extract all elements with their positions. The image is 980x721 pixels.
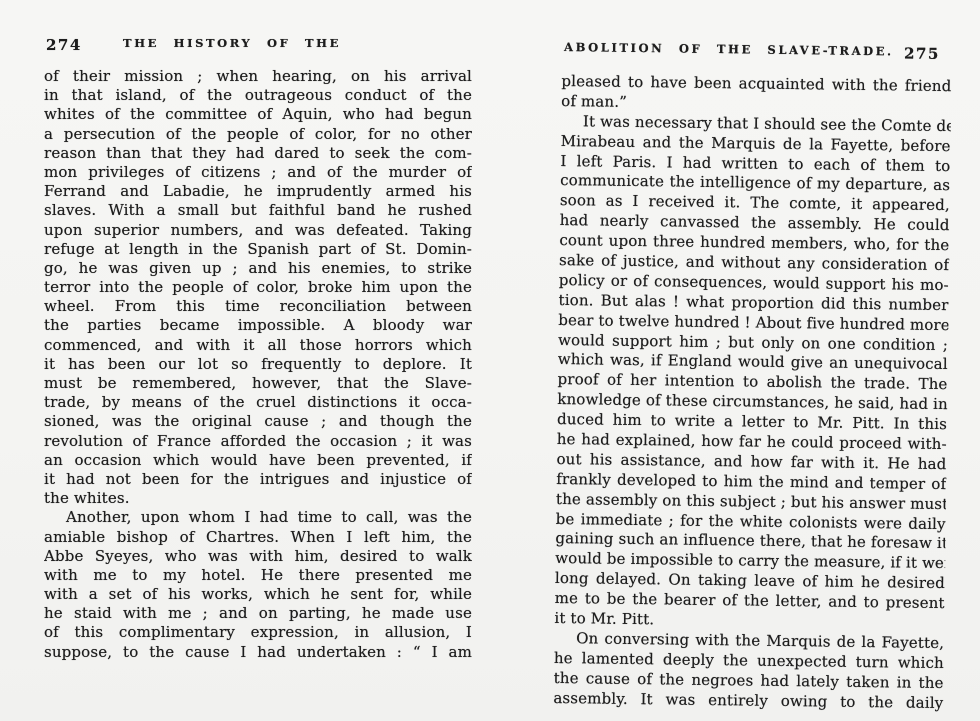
text-line: sioned, was the original cause ; and tho…: [44, 412, 472, 431]
text-line: Another, upon whom I had time to call, w…: [44, 508, 472, 527]
right-page-header: ABOLITION OF THE SLAVE-TRADE. 275: [562, 40, 952, 63]
paragraph: pleased to have been acquainted with the…: [561, 72, 951, 117]
text-line: it had not been for the intrigues and in…: [44, 470, 472, 489]
text-line: wheel. From this time reconciliation bet…: [44, 297, 472, 316]
page-number: 275: [904, 44, 940, 62]
text-line: slaves. With a small but faithful band h…: [44, 201, 472, 220]
text-line: whites of the committee of Aquin, who ha…: [44, 105, 472, 124]
text-line: reason than that they had dared to seek …: [44, 144, 472, 163]
text-line: Abbe Syeyes, who was with him, desired t…: [44, 547, 472, 566]
left-page: 274 THE HISTORY OF THE of their mission …: [44, 36, 472, 662]
text-line: amiable bishop of Chartres. When I left …: [44, 528, 472, 547]
paragraph: On conversing with the Marquis de la Fay…: [553, 629, 944, 714]
text-line: mon privileges of citizens ; and of the …: [44, 163, 472, 182]
left-page-header: 274 THE HISTORY OF THE: [44, 36, 472, 54]
text-line: a persecution of the people of color, fo…: [44, 125, 472, 144]
text-line: with me to my hotel. He there presented …: [44, 566, 472, 585]
page-number: 274: [46, 36, 82, 54]
left-page-body: of their mission ; when hearing, on his …: [44, 67, 472, 662]
text-line: with a set of his works, which he sent f…: [44, 585, 472, 604]
text-line: the whites.: [44, 489, 472, 508]
text-line: trade, by means of the cruel distinction…: [44, 393, 472, 412]
text-line: it has been our lot so frequently to dep…: [44, 355, 472, 374]
text-line: must be remembered, however, that the Sl…: [44, 374, 472, 393]
text-line: the parties became impossible. A bloody …: [44, 316, 472, 335]
running-head: THE HISTORY OF THE: [44, 36, 420, 50]
text-line: upon superior numbers, and was defeated.…: [44, 221, 472, 240]
text-line: go, he was given up ; and his enemies, t…: [44, 259, 472, 278]
text-line: an occasion which would have been preven…: [44, 451, 472, 470]
text-line: terror into the people of color, broke h…: [44, 278, 472, 297]
text-line: of this complimentary expression, in all…: [44, 623, 472, 642]
text-line: in that island, of the outrageous conduc…: [44, 86, 472, 105]
text-line: Ferrand and Labadie, he imprudently arme…: [44, 182, 472, 201]
right-page-body: pleased to have been acquainted with the…: [553, 72, 951, 714]
right-page: ABOLITION OF THE SLAVE-TRADE. 275 please…: [553, 40, 952, 714]
paragraph: It was necessary that I should see the C…: [554, 112, 951, 634]
text-line: of their mission ; when hearing, on his …: [44, 67, 472, 86]
text-line: suppose, to the cause I had undertaken :…: [44, 643, 472, 662]
book-scan: 274 THE HISTORY OF THE of their mission …: [0, 0, 980, 721]
paragraph: of their mission ; when hearing, on his …: [44, 67, 472, 508]
paragraph: Another, upon whom I had time to call, w…: [44, 508, 472, 662]
text-line: assembly. It was entirely owing to the d…: [553, 689, 943, 714]
text-line: refuge at length in the Spanish part of …: [44, 240, 472, 259]
text-line: revolution of France afforded the occasi…: [44, 432, 472, 451]
text-line: commenced, and with it all those horrors…: [44, 336, 472, 355]
running-head: ABOLITION OF THE SLAVE-TRADE.: [562, 40, 896, 58]
text-line: he staid with me ; and on parting, he ma…: [44, 604, 472, 623]
